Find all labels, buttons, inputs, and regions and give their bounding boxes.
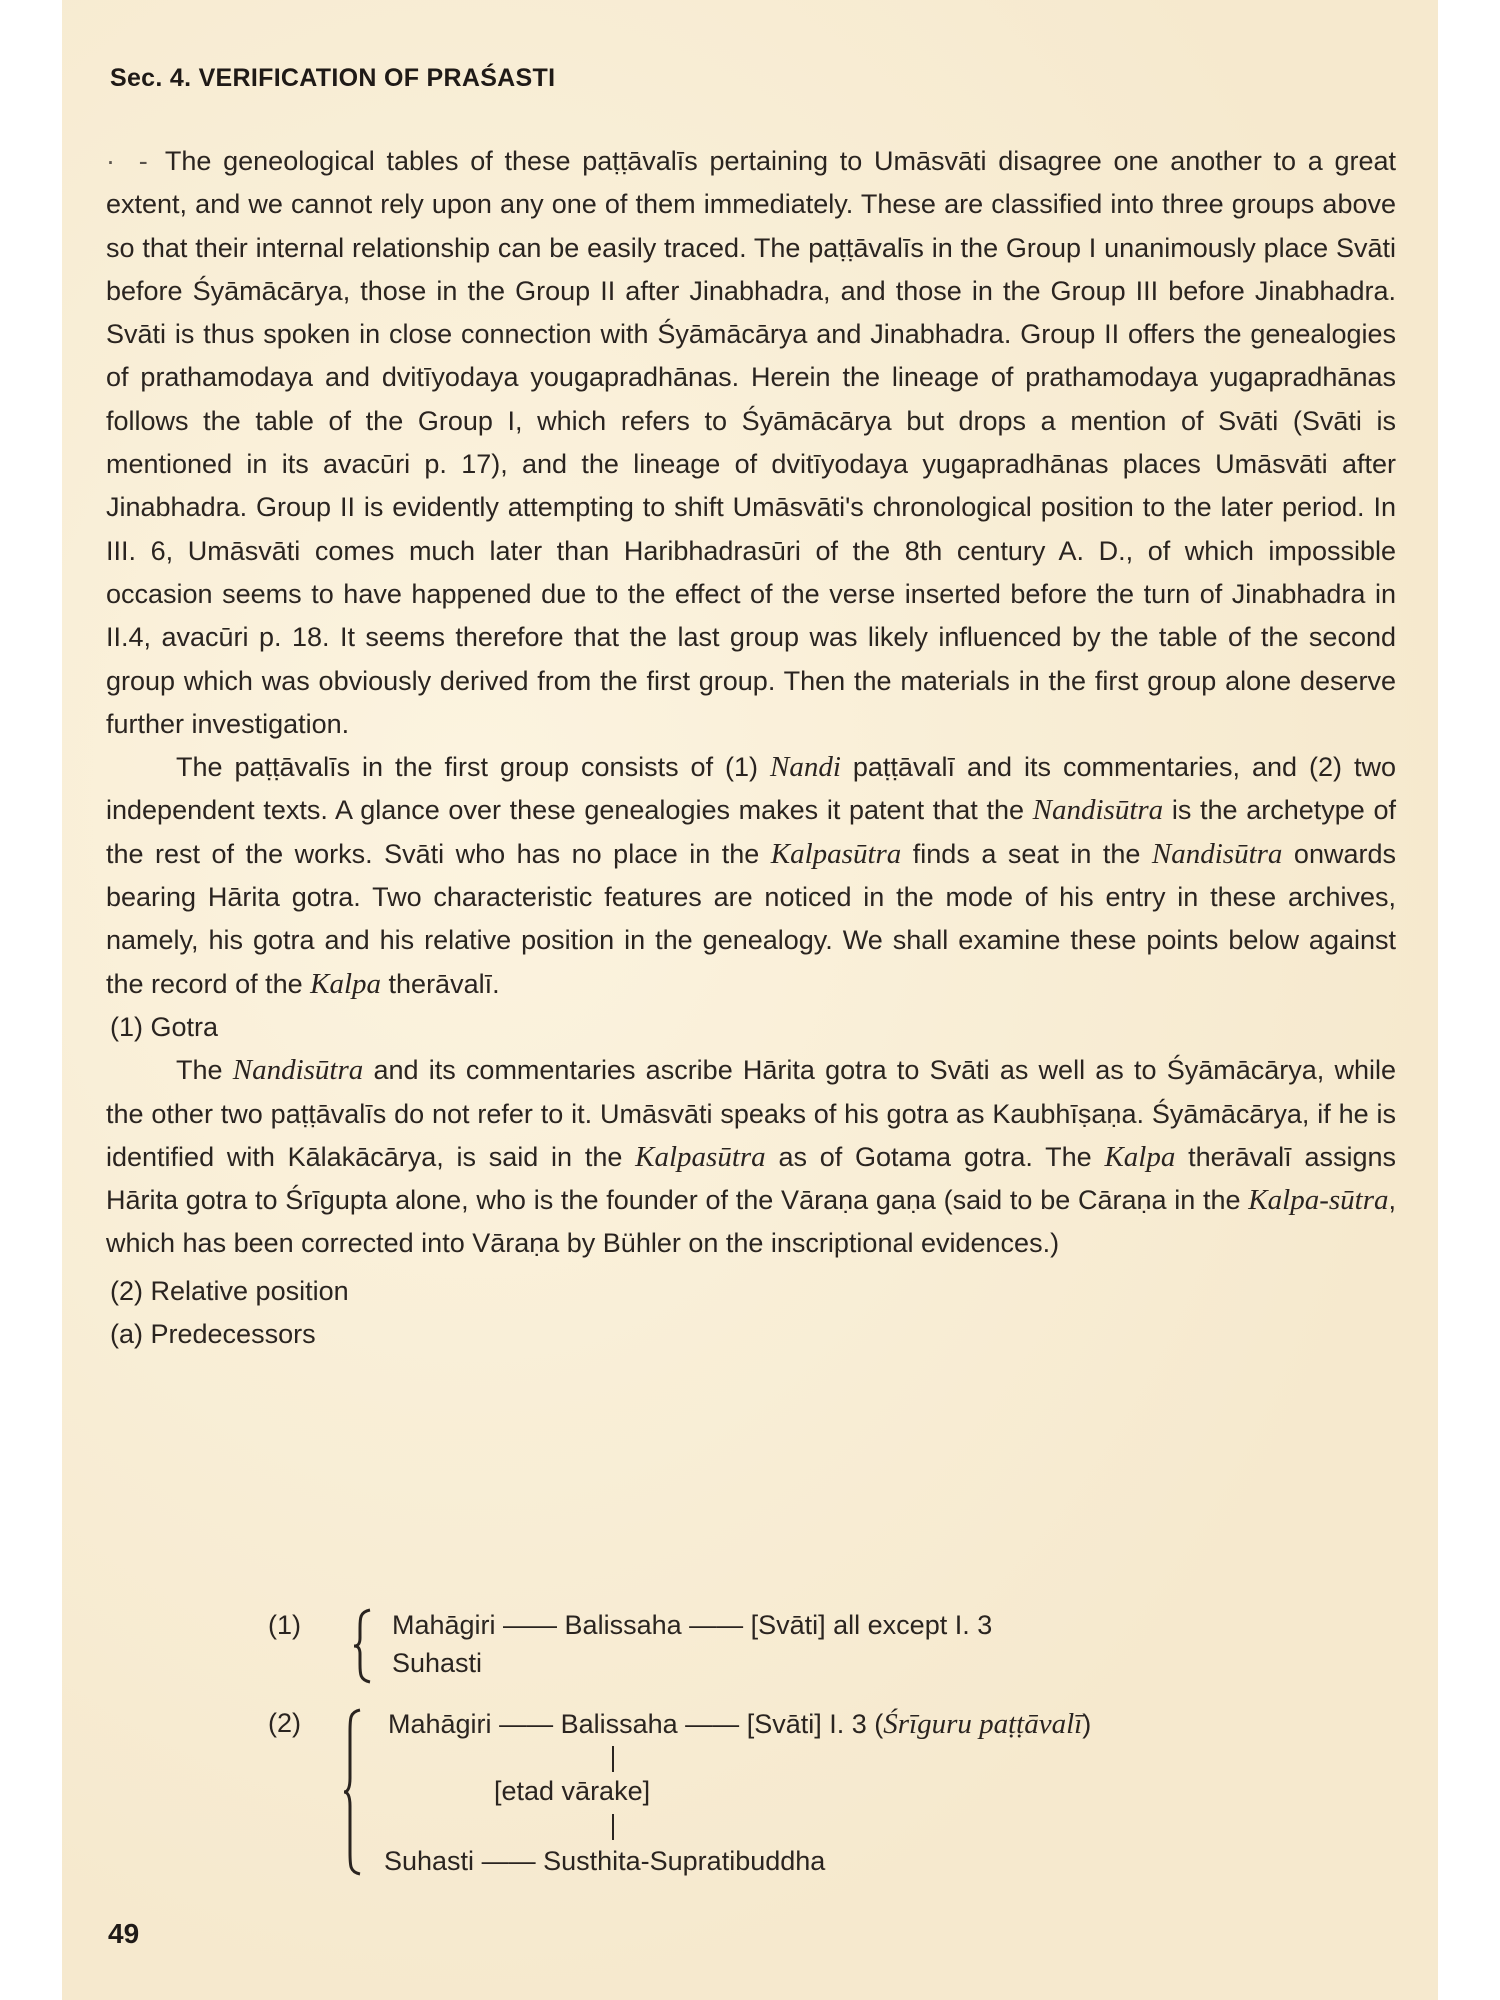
lineage-diagram: (1) Mahāgiri —— Balissaha —— [Svāti] all… <box>192 1600 1392 1900</box>
subheading-gotra: (1) Gotra <box>106 1006 1396 1049</box>
diagram-item-2-bottom-row: Suhasti —— Susthita-Supratibuddha <box>384 1846 825 1877</box>
page-number: 49 <box>108 1918 139 1950</box>
source-sriguru-pattavali: Śrīguru paṭṭāvalī <box>883 1708 1082 1740</box>
title-kalpasutra: Kalpasūtra <box>635 1141 766 1173</box>
running-header: Sec. 4. VERIFICATION OF PRAŚASTI <box>110 64 555 93</box>
title-kalpa: Kalpa <box>310 968 381 1000</box>
title-nandisutra: Nandisūtra <box>1152 838 1283 870</box>
name-balissaha: Balissaha <box>561 1709 678 1739</box>
connector-dash: —— <box>482 1846 536 1876</box>
paragraph-gotra: The Nandisūtra and its commentaries ascr… <box>106 1049 1396 1265</box>
leading-marks: · - <box>106 146 154 176</box>
paragraph-first-group: The paṭṭāvalīs in the first group consis… <box>106 746 1396 1006</box>
diagram-item-1-line-1: Mahāgiri —— Balissaha —— [Svāti] all exc… <box>392 1610 992 1641</box>
connector-vertical-line <box>612 1814 614 1840</box>
subheading-relative-position: (2) Relative position <box>106 1270 1396 1313</box>
title-kalpa: Kalpa <box>1104 1141 1175 1173</box>
connector-dash: —— <box>685 1709 739 1739</box>
left-brace-icon <box>342 1708 364 1876</box>
paragraph-genealogical-tables: · - The geneological tables of these paṭ… <box>106 140 1396 746</box>
diagram-item-2-number: (2) <box>268 1708 301 1739</box>
name-svati: [Svāti] I. 3 ( <box>747 1709 884 1739</box>
connector-dash: —— <box>499 1709 553 1739</box>
title-nandisutra: Nandisūtra <box>233 1054 364 1086</box>
book-page: Sec. 4. VERIFICATION OF PRAŚASTI · - The… <box>62 0 1438 2000</box>
connector-vertical-line <box>612 1746 614 1772</box>
diagram-item-1-number: (1) <box>268 1610 301 1641</box>
title-kalpasutra: Kalpasūtra <box>771 838 902 870</box>
name-suhasti: Suhasti <box>384 1846 474 1876</box>
diagram-item-1-line-2: Suhasti <box>392 1648 482 1679</box>
left-brace-icon <box>352 1608 374 1684</box>
title-nandisutra: Nandisūtra <box>1033 794 1164 826</box>
diagram-item-2-top-row: Mahāgiri —— Balissaha —— [Svāti] I. 3 (Ś… <box>388 1708 1091 1741</box>
title-nandi: Nandi <box>770 751 841 783</box>
name-mahagiri: Mahāgiri <box>388 1709 492 1739</box>
title-kalpasutra: Kalpa-sūtra <box>1248 1184 1388 1216</box>
subheading-predecessors: (a) Predecessors <box>106 1313 1396 1356</box>
note-etad-varake: [etad vārake] <box>494 1776 650 1807</box>
name-susthita-supratibuddha: Susthita-Supratibuddha <box>543 1846 825 1876</box>
body-text: · - The geneological tables of these paṭ… <box>106 140 1396 1356</box>
